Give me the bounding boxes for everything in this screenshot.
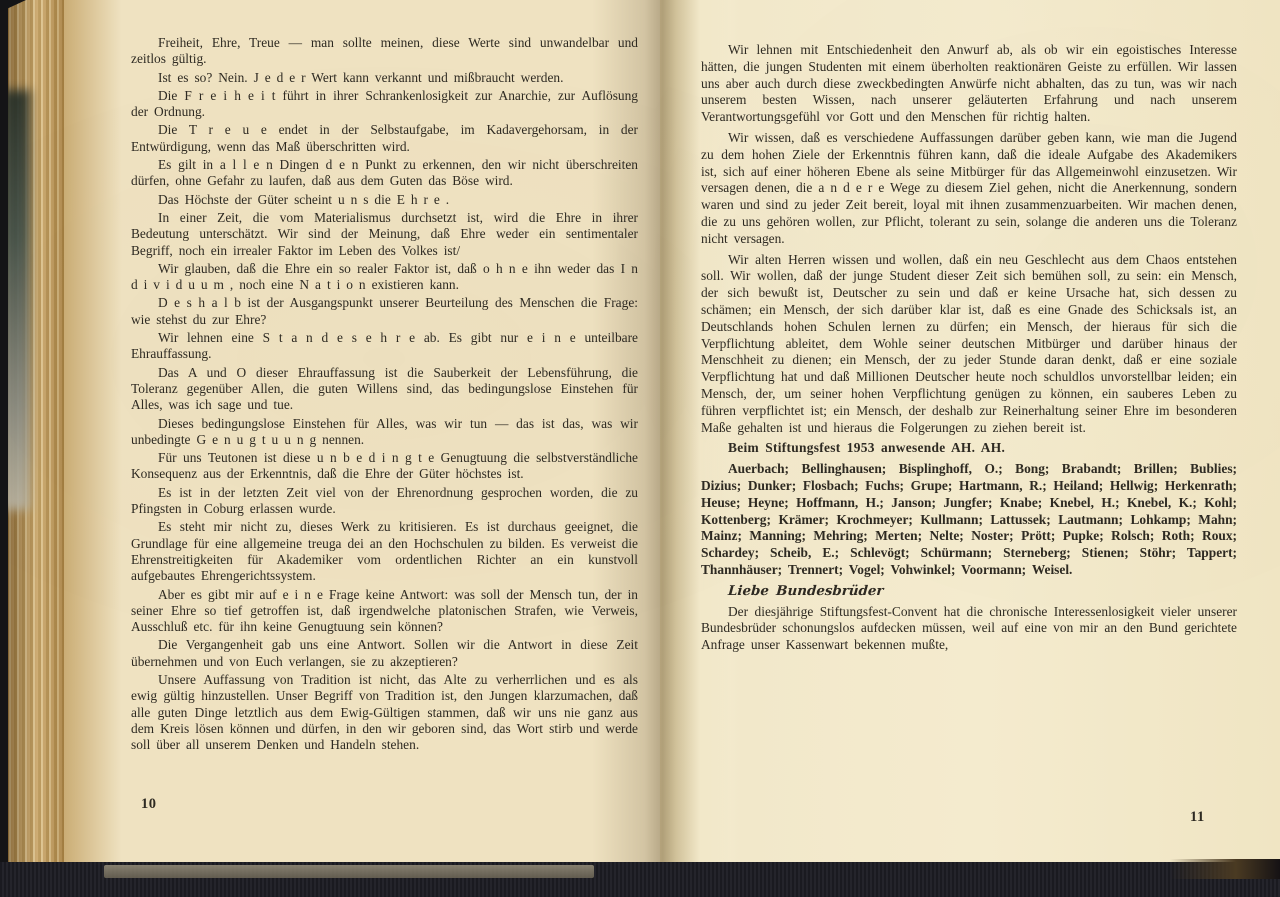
stiftungsfest-heading: Beim Stiftungsfest 1953 anwesende AH. AH… (701, 440, 1237, 457)
paragraph: Das A und O dieser Ehrauffassung ist die… (131, 365, 638, 414)
paragraph: Aber es gibt mir auf e i n e Frage keine… (131, 587, 638, 636)
bottom-right-shadow (1170, 859, 1280, 879)
paragraph: Das Höchste der Güter scheint u n s die … (131, 192, 638, 208)
paragraph: Für uns Teutonen ist diese u n b e d i n… (131, 450, 638, 483)
paragraph: Die F r e i h e i t führt in ihrer Schra… (131, 88, 638, 121)
right-page-text: Wir lehnen mit Entschiedenheit den Anwur… (701, 42, 1237, 658)
paragraph: Wir alten Herren wissen und wollen, daß … (701, 252, 1237, 437)
paragraph: In einer Zeit, die vom Materialismus dur… (131, 210, 638, 259)
scanner-edge-left (0, 0, 8, 897)
paragraph: Wir wissen, daß es verschiedene Auffassu… (701, 130, 1237, 248)
page-number-left: 10 (141, 796, 157, 813)
paragraph: Dieses bedingungslose Einstehen für Alle… (131, 416, 638, 449)
paragraph: Es ist in der letzten Zeit viel von der … (131, 485, 638, 518)
paragraph: Es gilt in a l l e n Dingen d e n Punkt … (131, 157, 638, 190)
paragraph: Der diesjährige Stiftungsfest-Convent ha… (701, 604, 1237, 654)
paragraph: Freiheit, Ehre, Treue — man sollte meine… (131, 35, 638, 68)
paragraph: Wir lehnen eine S t a n d e s e h r e ab… (131, 330, 638, 363)
paragraph: Wir glauben, daß die Ehre ein so realer … (131, 261, 638, 294)
left-page-curve (62, 0, 132, 866)
attendee-list: Auerbach; Bellinghausen; Bisplinghoff, O… (701, 461, 1237, 579)
paragraph: Es steht mir nicht zu, dieses Werk zu kr… (131, 519, 638, 584)
paragraph: Wir lehnen mit Entschiedenheit den Anwur… (701, 42, 1237, 126)
paragraph: Unsere Auffassung von Tradition ist nich… (131, 672, 638, 753)
page-number-right: 11 (1190, 809, 1205, 826)
paragraph: Die T r e u e endet in der Selbstaufgabe… (131, 122, 638, 155)
book-scan: Freiheit, Ehre, Treue — man sollte meine… (0, 0, 1280, 897)
bottom-page-edge (104, 865, 594, 878)
paragraph: D e s h a l b ist der Ausgangspunkt unse… (131, 295, 638, 328)
paragraph: Ist es so? Nein. J e d e r Wert kann ver… (131, 70, 638, 86)
script-heading: Liebe Bundesbrüder (700, 583, 1237, 600)
paragraph: Die Vergangenheit gab uns eine Antwort. … (131, 637, 638, 670)
left-page-text: Freiheit, Ehre, Treue — man sollte meine… (131, 35, 638, 755)
